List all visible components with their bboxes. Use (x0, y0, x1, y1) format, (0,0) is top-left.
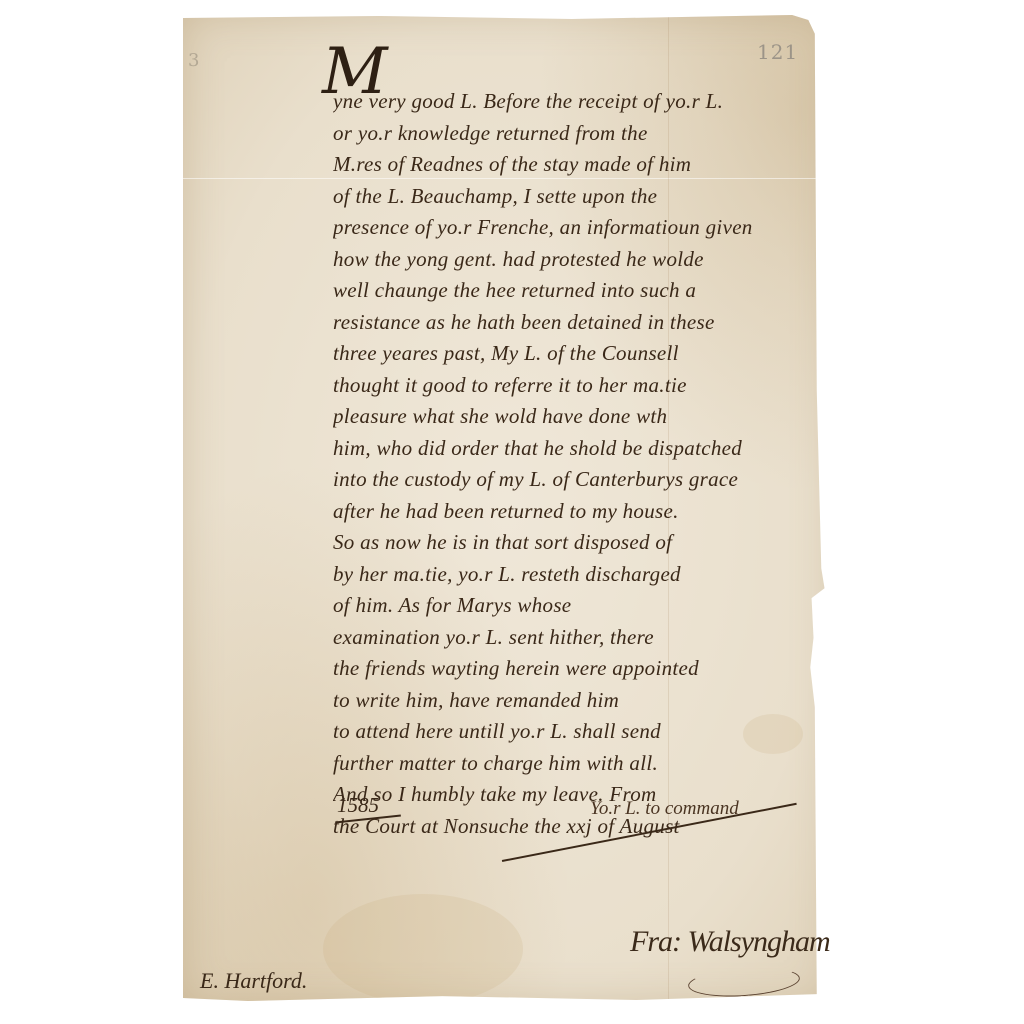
letter-body: yne very good L. Before the receipt of y… (333, 86, 803, 842)
text-line: after he had been returned to my house. (333, 496, 803, 528)
text-line: three yeares past, My L. of the Counsell (333, 338, 803, 370)
text-line: So as now he is in that sort disposed of (333, 527, 803, 559)
text-line: M.res of Readnes of the stay made of him (333, 149, 803, 181)
text-line: by her ma.tie, yo.r L. resteth discharge… (333, 559, 803, 591)
text-line: examination yo.r L. sent hither, there (333, 622, 803, 654)
text-line: further matter to charge him with all. (333, 748, 803, 780)
text-line: or yo.r knowledge returned from the (333, 118, 803, 150)
margin-mark: 3 (188, 50, 199, 71)
text-line: to write him, have remanded him (333, 685, 803, 717)
subscription: Yo.r L. to command (590, 798, 739, 820)
text-line: pleasure what she wold have done wth (333, 401, 803, 433)
text-line: him, who did order that he shold be disp… (333, 433, 803, 465)
folio-number: 121 (757, 40, 798, 64)
text-line: yne very good L. Before the receipt of y… (333, 86, 803, 118)
text-line: into the custody of my L. of Canterburys… (333, 464, 803, 496)
water-stain (323, 894, 523, 1004)
signature: Fra: Walsyngham (630, 925, 830, 959)
text-line: of him. As for Marys whose (333, 590, 803, 622)
addressee: E. Hartford. (200, 968, 307, 994)
text-line: well chaunge the hee returned into such … (333, 275, 803, 307)
text-line: the friends wayting herein were appointe… (333, 653, 803, 685)
date: 1585 (337, 793, 379, 818)
text-line: presence of yo.r Frenche, an informatiou… (333, 212, 803, 244)
text-line: of the L. Beauchamp, I sette upon the (333, 181, 803, 213)
text-line: how the yong gent. had protested he wold… (333, 244, 803, 276)
text-line: resistance as he hath been detained in t… (333, 307, 803, 339)
text-line: thought it good to referre it to her ma.… (333, 370, 803, 402)
text-line: to attend here untill yo.r L. shall send (333, 716, 803, 748)
